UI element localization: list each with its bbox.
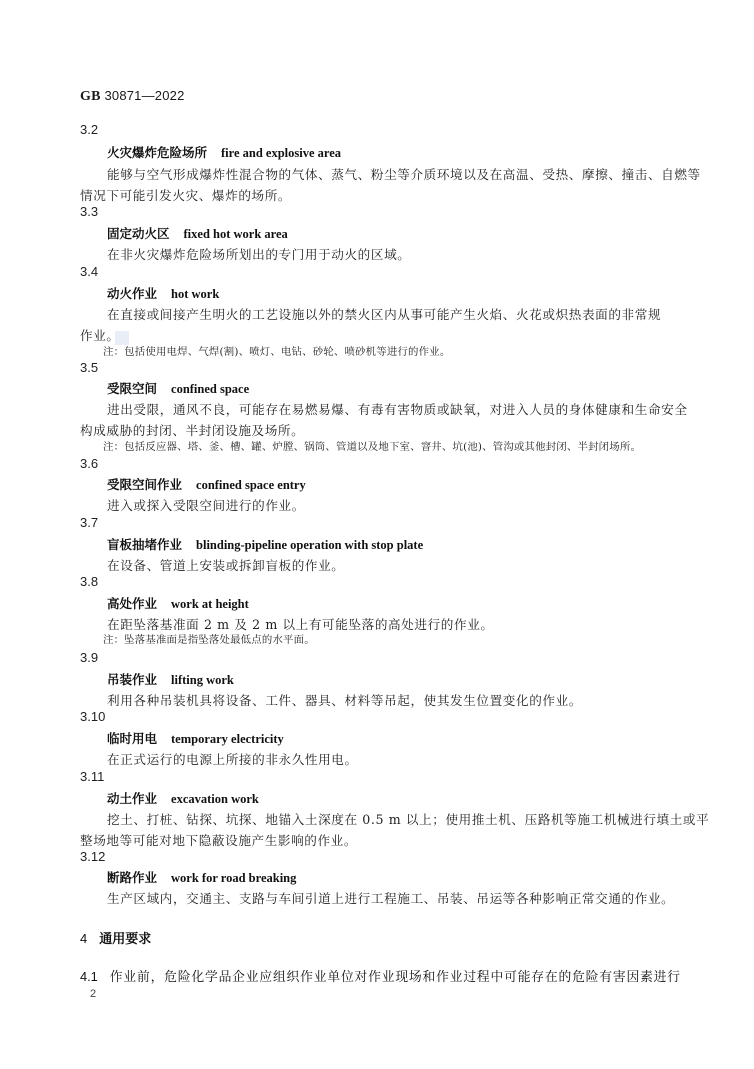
term-title: 固定动火区fixed hot work area	[107, 224, 288, 242]
document-header: GB 30871—2022	[80, 88, 185, 105]
term-number: 3.7	[80, 515, 98, 530]
term-note: 注：包括反应器、塔、釜、槽、罐、炉膛、锅筒、管道以及地下室、窨井、坑(池)、管沟…	[103, 438, 641, 453]
page-number: 2	[90, 988, 96, 1000]
term-title-en: fire and explosive area	[221, 146, 341, 160]
standard-prefix: GB	[80, 89, 101, 104]
term-title-zh: 受限空间作业	[107, 477, 182, 492]
term-title: 动土作业excavation work	[107, 789, 259, 807]
term-title-en: fixed hot work area	[184, 227, 288, 241]
term-title-en: temporary electricity	[171, 732, 284, 746]
term-definition-cont: 情况下可能引发火灾、爆炸的场所。	[80, 185, 291, 204]
term-title-en: work for road breaking	[171, 871, 296, 885]
clause-number: 4.1	[80, 969, 98, 984]
term-definition: 进出受限，通风不良，可能存在易燃易爆、有毒有害物质或缺氧，对进入人员的身体健康和…	[107, 399, 688, 418]
section-heading: 4通用要求	[80, 928, 151, 947]
term-number: 3.12	[80, 849, 105, 864]
term-title-zh: 受限空间	[107, 381, 157, 396]
section-number: 4	[80, 931, 87, 946]
term-definition: 在直接或间接产生明火的工艺设施以外的禁火区内从事可能产生火焰、火花或炽热表面的非…	[107, 304, 661, 323]
term-title-en: work at height	[171, 597, 249, 611]
term-title-zh: 火灾爆炸危险场所	[107, 145, 207, 160]
term-title-zh: 固定动火区	[107, 226, 170, 241]
term-definition-cont: 整场地等可能对地下隐蔽设施产生影响的作业。	[80, 830, 357, 849]
standard-code: 30871—2022	[104, 88, 184, 103]
term-title: 盲板抽堵作业blinding-pipeline operation with s…	[107, 535, 423, 553]
term-number: 3.9	[80, 650, 98, 665]
term-note: 注：包括使用电焊、气焊(割)、喷灯、电钻、砂轮、喷砂机等进行的作业。	[103, 343, 450, 358]
term-title: 临时用电temporary electricity	[107, 729, 284, 747]
term-title-zh: 动土作业	[107, 791, 157, 806]
term-note: 注：坠落基准面是指坠落处最低点的水平面。	[103, 631, 315, 646]
term-number: 3.3	[80, 204, 98, 219]
term-definition: 在非火灾爆炸危险场所划出的专门用于动火的区域。	[107, 244, 410, 263]
term-number: 3.2	[80, 122, 98, 137]
term-number: 3.8	[80, 574, 98, 589]
term-title-en: hot work	[171, 287, 219, 301]
term-title-en: confined space entry	[196, 478, 306, 492]
term-number: 3.5	[80, 360, 98, 375]
term-definition: 生产区域内，交通主、支路与车间引道上进行工程施工、吊装、吊运等各种影响正常交通的…	[107, 888, 674, 907]
term-title-zh: 盲板抽堵作业	[107, 537, 182, 552]
term-title: 火灾爆炸危险场所fire and explosive area	[107, 143, 341, 161]
term-title-zh: 高处作业	[107, 596, 157, 611]
section-title: 通用要求	[99, 932, 151, 947]
term-title-en: excavation work	[171, 792, 259, 806]
term-title-en: blinding-pipeline operation with stop pl…	[196, 538, 423, 552]
term-definition: 挖土、打桩、钻探、坑探、地锚入土深度在 0.5 m 以上；使用推土机、压路机等施…	[107, 809, 709, 828]
term-title-zh: 临时用电	[107, 731, 157, 746]
term-definition-cont: 作业。	[80, 325, 120, 344]
term-number: 3.10	[80, 709, 105, 724]
term-title-en: confined space	[171, 382, 249, 396]
term-definition: 在设备、管道上安装或拆卸盲板的作业。	[107, 555, 345, 574]
term-title: 断路作业work for road breaking	[107, 868, 296, 886]
term-title: 动火作业hot work	[107, 284, 219, 302]
term-title: 高处作业work at height	[107, 594, 249, 612]
term-number: 3.6	[80, 456, 98, 471]
clause: 4.1作业前，危险化学品企业应组织作业单位对作业现场和作业过程中可能存在的危险有…	[80, 966, 681, 985]
term-title-zh: 断路作业	[107, 870, 157, 885]
clause-text: 作业前，危险化学品企业应组织作业单位对作业现场和作业过程中可能存在的危险有害因素…	[110, 970, 681, 985]
term-number: 3.11	[80, 769, 104, 784]
term-number: 3.4	[80, 264, 98, 279]
term-title-zh: 动火作业	[107, 286, 157, 301]
term-title-en: lifting work	[171, 673, 234, 687]
term-definition-cont: 构成威胁的封闭、半封闭设施及场所。	[80, 420, 304, 439]
term-title: 受限空间confined space	[107, 379, 249, 397]
term-title: 受限空间作业confined space entry	[107, 475, 306, 493]
term-definition: 在正式运行的电源上所接的非永久性用电。	[107, 749, 358, 768]
term-definition: 能够与空气形成爆炸性混合物的气体、蒸气、粉尘等介质环境以及在高温、受热、摩擦、撞…	[107, 164, 701, 183]
term-definition: 利用各种吊装机具将设备、工件、器具、材料等吊起，使其发生位置变化的作业。	[107, 690, 582, 709]
term-definition: 进入或探入受限空间进行的作业。	[107, 495, 305, 514]
term-title: 吊装作业lifting work	[107, 670, 234, 688]
term-title-zh: 吊装作业	[107, 672, 157, 687]
